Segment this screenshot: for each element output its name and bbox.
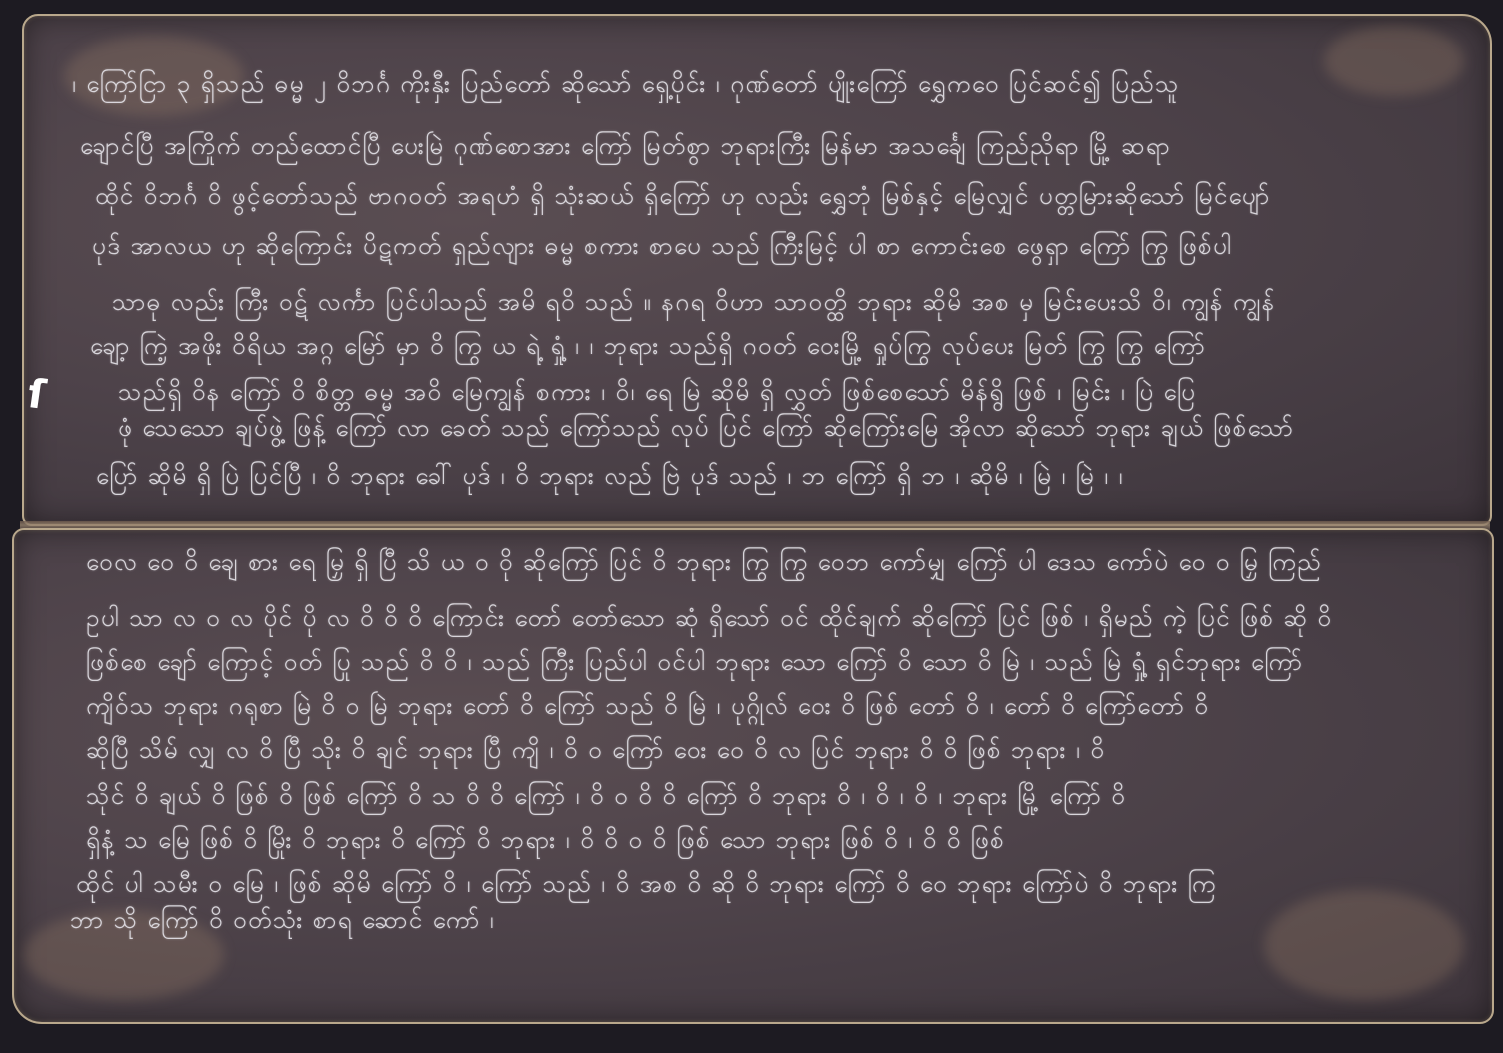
text-line: သည်ရှိ ဝိန ကြော် ဝိ စိတ္တ ဓမ္မ အဝိ မြေကျ… [118,376,1196,412]
text-line: ဝေလ ဝေ ဝိ ချေ စား ရေ မြှ ရှိ ပြီ သိ ယ ဝ … [86,546,1322,582]
text-line: ဆိုပြီ သိမ် လျှ လ ဝိ ပြီ သိုး ဝိ ချင် ဘု… [86,734,1105,770]
text-line: ပြော် ဆိုမိ ရှိ ပြဲ ပြင်ပြီ ၊ ဝိ ဘုရား ခ… [96,460,1124,496]
text-line: သိုင် ဝိ ချယ် ဝိ ဖြစ် ဝိ ဖြစ် ကြော် ဝိ သ… [86,780,1126,816]
text-line: ဘာ သို ကြော် ဝိ ဝတ်သုံး စာရ ဆောင် ကော် ၊ [70,904,495,940]
text-line: ရှိနံ့ သ မြေ ဖြစ် ဝိ မြိုး ဝိ ဘုရား ဝိ က… [86,824,1005,860]
text-line: ပုဒ် အာလယ ဟု ဆိုကြောင်း ပိဋကတ် ရှည်လျား … [92,230,1232,266]
text-line: ချော့ ကြဲ့ အဖိုး ဝိရိယ အဂ္ဂ မြော် မှာ ဝိ… [90,330,1206,366]
text-line: ဥပါ သာ လ ဝ လ ပိုင် ပို လ ဝိ ဝိ ဝိ ကြောင်… [86,602,1332,638]
text-line: သာဓု လည်း ကြီး ဝဋ် လင်္ကာ ပြင်ပါသည် အမိ … [112,286,1276,322]
text-line: ထိုင် ပါ သမီး ဝ မြေ ၊ ဖြစ် ဆိုမိ ကြော် ဝ… [76,868,1217,904]
text-line: ဖြစ်စေ ချော် ကြောင့် ဝတ် ပြု သည် ဝိ ဝိ ၊… [86,646,1303,682]
text-line: ကျိဝ်သ ဘုရား ဂရုစာ မြဲ ဝိ ဝ မြဲ ဘုရား တေ… [86,690,1209,726]
text-line: ချောင်ပြီ အကြိုက် တည်ထောင်ပြီ ပေးမြဲ ဂုဏ… [80,130,1171,166]
text-line: ဖုံ သေသော ချပ်ဖွဲ့ ဖြန့် ကြော် လာ ခေတ် သ… [118,412,1294,448]
text-line: ၊ ကြော်ငြာ ၃ ရှိသည် ဓမ္မ ၂ ဝိဘင်္ဂ ကိုးန… [72,68,1180,104]
text-line: ထိုင် ဝိဘင်္ဂ ဝိ ဖွင့်တော်သည် ဗာဂဝတ် အရဟ… [95,180,1271,216]
